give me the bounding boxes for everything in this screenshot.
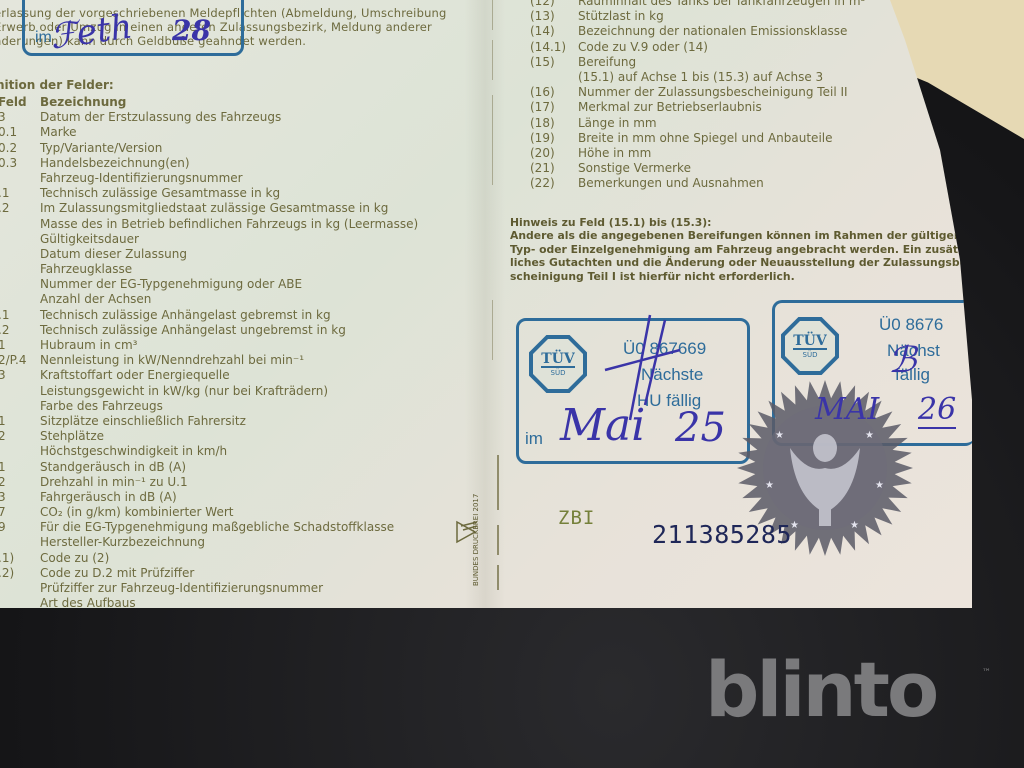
table-row: .2Technisch zulässige Anhängelast ungebr… (0, 323, 418, 338)
field-number: 3 (0, 110, 40, 125)
tuv-label: TÜV (793, 334, 827, 350)
table-row: (15)Bereifung (530, 55, 865, 70)
serial-number: 211385285 (652, 520, 792, 549)
field-number: (14.1) (530, 40, 578, 55)
field-number: .2 (0, 323, 40, 338)
field-number: 2/P.4 (0, 353, 40, 368)
field-label: Breite in mm ohne Spiegel und Anbauteile (578, 131, 833, 146)
field-label: Kraftstoffart oder Energiequelle (40, 368, 230, 383)
table-row: Datum dieser Zulassung (0, 247, 418, 262)
field-number: 0.1 (0, 125, 40, 140)
handwritten-initial: ℬ (888, 340, 916, 381)
table-row: (22)Bemerkungen und Ausnahmen (530, 176, 865, 191)
field-label: Datum der Erstzulassung des Fahrzeugs (40, 110, 281, 125)
table-row: (14)Bezeichnung der nationalen Emissions… (530, 24, 865, 39)
tuv-logo-icon: TÜV SÜD (529, 335, 587, 393)
table-row: Farbe des Fahrzeugs (0, 399, 418, 414)
hint-title: Hinweis zu Feld (15.1) bis (15.3): (510, 216, 971, 229)
field-label: Hersteller-Kurzbezeichnung (40, 535, 205, 550)
tuv-sub-label: SÜD (551, 369, 566, 377)
table-row: (13)Stützlast in kg (530, 9, 865, 24)
field-number: (20) (530, 146, 578, 161)
field-number (0, 292, 40, 307)
table-row: (18)Länge in mm (530, 116, 865, 131)
divider (492, 0, 493, 30)
stamp-number: Ü0 8676 (879, 315, 943, 335)
table-row: Anzahl der Achsen (0, 292, 418, 307)
field-label: Bemerkungen und Ausnahmen (578, 176, 764, 191)
field-label: Rauminhalt des Tanks bei Tankfahrzeugen … (578, 0, 865, 9)
field-label: Nummer der Zulassungsbescheinigung Teil … (578, 85, 848, 100)
field-number (0, 247, 40, 262)
field-label: Bereifung (578, 55, 636, 70)
table-row: Fahrzeugklasse (0, 262, 418, 277)
field-number: .1) (0, 551, 40, 566)
field-label: Marke (40, 125, 77, 140)
signature-stroke (600, 310, 690, 430)
header-label: Bezeichnung (40, 95, 126, 110)
field-label: Datum dieser Zulassung (40, 247, 187, 262)
field-label: Gültigkeitsdauer (40, 232, 139, 247)
tuv-logo-icon: TÜV SÜD (781, 317, 839, 375)
hint-line: liches Gutachten und die Änderung oder N… (510, 256, 971, 269)
field-label: Technisch zulässige Anhängelast ungebrem… (40, 323, 346, 338)
field-number: (19) (530, 131, 578, 146)
field-number: (14) (530, 24, 578, 39)
table-row: (12)Rauminhalt des Tanks bei Tankfahrzeu… (530, 0, 865, 9)
table-row: .2)Code zu D.2 mit Prüfziffer (0, 566, 418, 581)
header-field: Feld (0, 95, 40, 110)
field-definitions-table: Feld Bezeichnung 3Datum der Erstzulassun… (0, 95, 418, 627)
field-label: Merkmal zur Betriebserlaubnis (578, 100, 762, 115)
field-number (0, 262, 40, 277)
field-label: Fahrgeräusch in dB (A) (40, 490, 177, 505)
table-row: 2/P.4Nennleistung in kW/Nenndrehzahl bei… (0, 353, 418, 368)
field-number: 9 (0, 520, 40, 535)
field-label: Code zu D.2 mit Prüfziffer (40, 566, 194, 581)
field-label: Stützlast in kg (578, 9, 664, 24)
table-row: 7CO₂ (in g/km) kombinierter Wert (0, 505, 418, 520)
table-row: (14.1)Code zu V.9 oder (14) (530, 40, 865, 55)
field-number (0, 384, 40, 399)
field-number (0, 399, 40, 414)
field-label: Nennleistung in kW/Nenndrehzahl bei min⁻… (40, 353, 304, 368)
field-number: (16) (530, 85, 578, 100)
field-label: Handelsbezeichnung(en) (40, 156, 190, 171)
field-number: 1 (0, 414, 40, 429)
trademark-symbol: ™ (982, 668, 991, 678)
field-label: Drehzahl in min⁻¹ zu U.1 (40, 475, 188, 490)
table-row: 1Hubraum in cm³ (0, 338, 418, 353)
table-row: (15.1) auf Achse 1 bis (15.3) auf Achse … (530, 70, 865, 85)
form-code: ZBI (558, 507, 595, 529)
field-number: 2 (0, 429, 40, 444)
table-row: Fahrzeug-Identifizierungsnummer (0, 171, 418, 186)
handwritten-month-2: MAI (815, 392, 879, 427)
field-number: .2) (0, 566, 40, 581)
field-number: .1 (0, 308, 40, 323)
table-row: .1Technisch zulässige Anhängelast gebrem… (0, 308, 418, 323)
table-row: 0.2Typ/Variante/Version (0, 141, 418, 156)
table-row: (20)Höhe in mm (530, 146, 865, 161)
field-number: (18) (530, 116, 578, 131)
field-label: Nummer der EG-Typgenehmigung oder ABE (40, 277, 302, 292)
field-label: Typ/Variante/Version (40, 141, 162, 156)
divider (492, 40, 493, 80)
field-label: Farbe des Fahrzeugs (40, 399, 163, 414)
field-label: Länge in mm (578, 116, 657, 131)
tire-hint: Hinweis zu Feld (15.1) bis (15.3): Ander… (510, 216, 971, 283)
table-row: .1Technisch zulässige Gesamtmasse in kg (0, 186, 418, 201)
field-label: Leistungsgewicht in kW/kg (nur bei Kraft… (40, 384, 328, 399)
table-row: 0.1Marke (0, 125, 418, 140)
field-number (0, 232, 40, 247)
table-row: 2Drehzahl in min⁻¹ zu U.1 (0, 475, 418, 490)
field-label: Code zu (2) (40, 551, 109, 566)
table-row: 1Sitzplätze einschließlich Fahrersitz (0, 414, 418, 429)
blinto-watermark-logo: blinto (705, 652, 936, 728)
field-number (0, 581, 40, 596)
field-definitions-title: nition der Felder: (0, 78, 114, 92)
field-number: (12) (530, 0, 578, 9)
field-label: Höchstgeschwindigkeit in km/h (40, 444, 227, 459)
table-row: Leistungsgewicht in kW/kg (nur bei Kraft… (0, 384, 418, 399)
table-row: Hersteller-Kurzbezeichnung (0, 535, 418, 550)
divider (492, 300, 493, 360)
field-label: Im Zulassungsmitgliedstaat zulässige Ges… (40, 201, 388, 216)
tuv-label: TÜV (541, 352, 575, 368)
field-definitions-table-right: (12)Rauminhalt des Tanks bei Tankfahrzeu… (530, 0, 865, 191)
center-fold (465, 0, 505, 608)
field-label: Sitzplätze einschließlich Fahrersitz (40, 414, 246, 429)
registration-document: erlassung der vorgeschriebenen Meldepfli… (0, 0, 972, 608)
svg-text:★: ★ (875, 480, 884, 491)
field-number: (22) (530, 176, 578, 191)
table-row: (21)Sonstige Vermerke (530, 161, 865, 176)
field-number: 2 (0, 475, 40, 490)
field-number: 1 (0, 460, 40, 475)
field-label: Masse des in Betrieb befindlichen Fahrze… (40, 217, 418, 232)
field-number: (17) (530, 100, 578, 115)
field-label: Anzahl der Achsen (40, 292, 151, 307)
field-number: .1 (0, 186, 40, 201)
field-label: Höhe in mm (578, 146, 651, 161)
table-row: 0.3Handelsbezeichnung(en) (0, 156, 418, 171)
table-row: Höchstgeschwindigkeit in km/h (0, 444, 418, 459)
field-number: 0.3 (0, 156, 40, 171)
table-row: 3Fahrgeräusch in dB (A) (0, 490, 418, 505)
field-number: 3 (0, 490, 40, 505)
svg-text:★: ★ (775, 430, 784, 441)
field-number: (21) (530, 161, 578, 176)
svg-text:★: ★ (850, 520, 859, 531)
hint-line: Typ- oder Einzelgenehmigung am Fahrzeug … (510, 243, 971, 256)
table-row: .2Im Zulassungsmitgliedstaat zulässige G… (0, 201, 418, 216)
table-row: 1Standgeräusch in dB (A) (0, 460, 418, 475)
stamp-prefix: im (525, 429, 543, 449)
table-row: (19)Breite in mm ohne Spiegel und Anbaut… (530, 131, 865, 146)
table-row: 3Kraftstoffart oder Energiequelle (0, 368, 418, 383)
tuv-sub-label: SÜD (803, 351, 818, 359)
field-label: Fahrzeug-Identifizierungsnummer (40, 171, 243, 186)
field-number (530, 70, 578, 85)
field-label: Bezeichnung der nationalen Emissionsklas… (578, 24, 847, 39)
svg-text:★: ★ (865, 430, 874, 441)
table-row: Masse des in Betrieb befindlichen Fahrze… (0, 217, 418, 232)
field-label: Für die EG-Typgenehmigung maßgebliche Sc… (40, 520, 394, 535)
hint-line: scheinigung Teil I ist hierfür nicht erf… (510, 270, 971, 283)
field-number: 1 (0, 338, 40, 353)
table-row: Gültigkeitsdauer (0, 232, 418, 247)
field-label: (15.1) auf Achse 1 bis (15.3) auf Achse … (578, 70, 823, 85)
field-label: CO₂ (in g/km) kombinierter Wert (40, 505, 233, 520)
field-number: .2 (0, 201, 40, 216)
table-row: 9Für die EG-Typgenehmigung maßgebliche S… (0, 520, 418, 535)
field-label: Sonstige Vermerke (578, 161, 691, 176)
field-number (0, 277, 40, 292)
field-number: 0.2 (0, 141, 40, 156)
printer-imprint: BUNDES DRUCKEREI 2017 (472, 494, 480, 586)
field-number (0, 444, 40, 459)
svg-text:★: ★ (765, 480, 774, 491)
table-row: (17)Merkmal zur Betriebserlaubnis (530, 100, 865, 115)
table-row: Nummer der EG-Typgenehmigung oder ABE (0, 277, 418, 292)
handwritten-year-2: 26 (918, 392, 956, 429)
hint-line: Andere als die angegebenen Bereifungen k… (510, 229, 971, 242)
field-number: 7 (0, 505, 40, 520)
field-number (0, 217, 40, 232)
perforation-line (497, 565, 499, 590)
divider (492, 95, 493, 185)
field-number (0, 535, 40, 550)
field-label: Fahrzeugklasse (40, 262, 132, 277)
field-number: 3 (0, 368, 40, 383)
field-label: Standgeräusch in dB (A) (40, 460, 186, 475)
field-label: Technisch zulässige Anhängelast gebremst… (40, 308, 331, 323)
table-row: 2Stehplätze (0, 429, 418, 444)
table-row: .1)Code zu (2) (0, 551, 418, 566)
field-label: Hubraum in cm³ (40, 338, 138, 353)
handwritten-year: 28 (172, 14, 211, 47)
field-label: Code zu V.9 oder (14) (578, 40, 708, 55)
perforation-line (497, 455, 499, 510)
field-number: (15) (530, 55, 578, 70)
field-label: Stehplätze (40, 429, 104, 444)
perforation-line (497, 525, 499, 555)
table-row: (16)Nummer der Zulassungsbescheinigung T… (530, 85, 865, 100)
field-label: Prüfziffer zur Fahrzeug-Identifizierungs… (40, 581, 323, 596)
field-number (0, 171, 40, 186)
table-header: Feld Bezeichnung (0, 95, 418, 110)
field-label: Technisch zulässige Gesamtmasse in kg (40, 186, 280, 201)
field-number: (13) (530, 9, 578, 24)
table-row: Prüfziffer zur Fahrzeug-Identifizierungs… (0, 581, 418, 596)
table-row: 3Datum der Erstzulassung des Fahrzeugs (0, 110, 418, 125)
